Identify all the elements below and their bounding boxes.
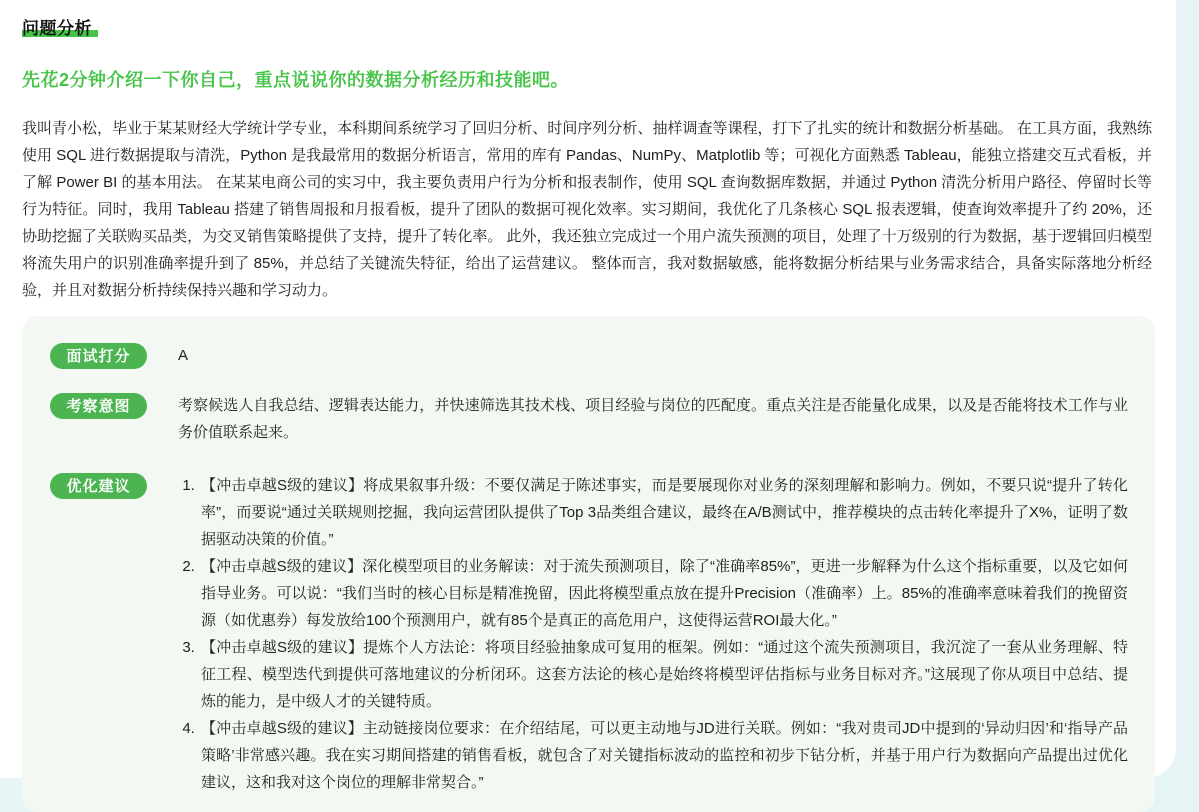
candidate-answer: 我叫青小松，毕业于某某财经大学统计学专业，本科期间系统学习了回归分析、时间序列分…: [22, 115, 1152, 304]
suggestions-row: 优化建议 【冲击卓越S级的建议】将成果叙事升级：不要仅满足于陈述事实，而是要展现…: [50, 472, 1128, 778]
right-edge-background: [1176, 0, 1199, 778]
analysis-card: 面试打分 A 考察意图 考察候选人自我总结、逻辑表达能力，并快速筛选其技术栈、项…: [22, 316, 1155, 778]
suggestions-content: 【冲击卓越S级的建议】将成果叙事升级：不要仅满足于陈述事实，而是要展现你对业务的…: [178, 472, 1128, 778]
page-title: 问题分析: [22, 14, 1133, 39]
score-badge: 面试打分: [50, 343, 147, 369]
page: 问题分析 先花2分钟介绍一下你自己，重点说说你的数据分析经历和技能吧。 我叫青小…: [0, 0, 1176, 778]
suggestions-list: 【冲击卓越S级的建议】将成果叙事升级：不要仅满足于陈述事实，而是要展现你对业务的…: [178, 472, 1128, 778]
score-value: A: [178, 342, 1128, 369]
suggestion-item: 【冲击卓越S级的建议】将成果叙事升级：不要仅满足于陈述事实，而是要展现你对业务的…: [199, 472, 1128, 553]
content-area: 问题分析 先花2分钟介绍一下你自己，重点说说你的数据分析经历和技能吧。 我叫青小…: [0, 0, 1155, 778]
page-title-highlight: 问题分析: [22, 19, 98, 38]
score-row: 面试打分 A: [50, 342, 1128, 369]
suggestion-item: 【冲击卓越S级的建议】深化模型项目的业务解读：对于流失预测项目，除了“准确率85…: [199, 553, 1128, 634]
intent-text: 考察候选人自我总结、逻辑表达能力，并快速筛选其技术栈、项目经验与岗位的匹配度。重…: [178, 392, 1128, 446]
intent-badge: 考察意图: [50, 393, 147, 419]
intent-row: 考察意图 考察候选人自我总结、逻辑表达能力，并快速筛选其技术栈、项目经验与岗位的…: [50, 392, 1128, 446]
interview-question: 先花2分钟介绍一下你自己，重点说说你的数据分析经历和技能吧。: [22, 66, 1133, 92]
suggestion-item: 【冲击卓越S级的建议】提炼个人方法论：将项目经验抽象成可复用的框架。例如：“通过…: [199, 634, 1128, 715]
suggestion-item: 【冲击卓越S级的建议】主动链接岗位要求：在介绍结尾，可以更主动地与JD进行关联。…: [199, 715, 1128, 778]
suggestions-badge: 优化建议: [50, 473, 147, 499]
